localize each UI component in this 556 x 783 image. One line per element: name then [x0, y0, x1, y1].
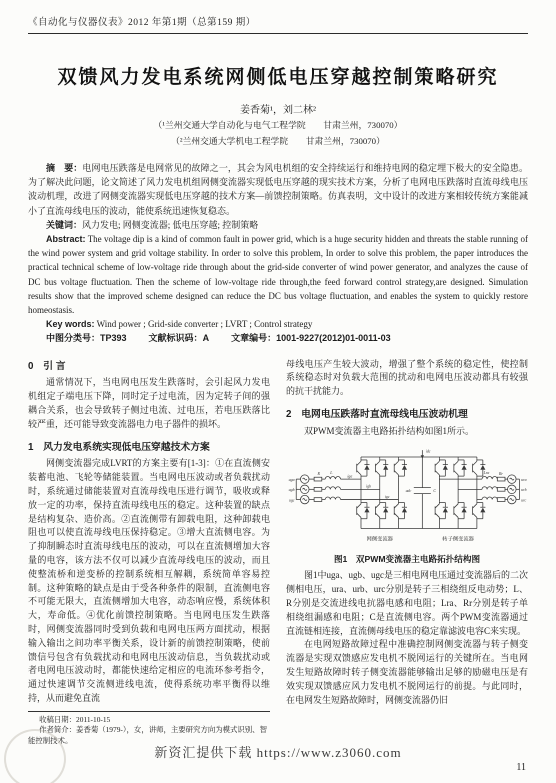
inductor-icon [482, 476, 497, 479]
igbt-switch-icon [357, 458, 370, 477]
affiliation-2: （²兰州交通大学机电工程学院 甘肃兰州，730070） [28, 135, 528, 148]
resistor-icon [497, 497, 505, 501]
section-1-paragraph: 网侧变流器完成LVRT的方案主要有[1-3]：①在直流侧安装蓄电池、飞轮等储能装… [28, 457, 270, 705]
footnote-received-date: 收稿日期：2011-10-15 [28, 715, 270, 726]
current-label: iga [347, 474, 352, 478]
cap-label: C [433, 489, 436, 493]
section-2-paragraph: 双PWM变流器主电路拓扑结构如图1所示。 [286, 425, 528, 439]
rotor-side-bridge [435, 457, 485, 529]
igbt-switch-icon [454, 501, 467, 520]
phase-label: ura [521, 477, 526, 481]
dc-link-capacitor-icon [414, 450, 431, 528]
section-1-heading: 1 风力发电系统实现低电压穿越技术方案 [28, 441, 270, 455]
rotor-side-converter-label: 转子侧变流器 [442, 534, 474, 542]
resistor-icon [314, 477, 322, 481]
rotor-phase-c [477, 495, 520, 504]
resistor-icon [314, 497, 322, 501]
keywords-en: Key words: Wind power ; Grid-side conver… [28, 317, 528, 331]
article-id-label: 文章编号： [231, 333, 276, 343]
section-0-heading: 0 引 言 [28, 360, 270, 374]
abstract-en: Abstract: The voltage dip is a kind of c… [28, 232, 528, 317]
doc-code-value: A [203, 333, 210, 343]
idc-label: idc [426, 449, 431, 453]
resistor-icon [497, 487, 505, 491]
igbt-switch-icon [375, 458, 388, 477]
phase-label: uga [289, 477, 295, 481]
keywords-en-label: Key words: [46, 319, 95, 329]
udc-label: udc [406, 489, 412, 493]
abstract-en-label: Abstract: [46, 234, 86, 244]
inductor-icon [325, 486, 340, 489]
igbt-switch-icon [473, 501, 486, 520]
rotor-phase-b [458, 485, 519, 494]
igbt-switch-icon [435, 501, 448, 520]
phase-label: ugc [289, 498, 295, 502]
grid-side-bridge [357, 457, 407, 529]
article-id-value: 1001-9227(2012)01-0011-03 [276, 333, 391, 343]
authors-line: 姜香菊¹，刘二林² [28, 101, 528, 116]
keywords-en-text: Wind power ; Grid-side converter ; LVRT … [97, 319, 313, 329]
footnote-block: 收稿日期：2011-10-15 作者简介：姜香菊（1979-），女，讲师，主要研… [28, 711, 270, 747]
column-right: 母线电压产生较大波动，增强了整个系统的稳定性，使控制系统稳态时对负载大范围的扰动… [286, 358, 528, 747]
current-label: igb [366, 484, 371, 488]
column-left: 0 引 言 通常情况下，当电网电压发生跌落时，会引起风力发电机组定子端电压下降，… [28, 358, 270, 747]
abstract-en-text: The voltage dip is a kind of common faul… [28, 234, 528, 315]
igbt-switch-icon [357, 501, 370, 520]
abstract-cn: 摘 要：电网电压跌落是电网常见的故障之一，其会为风电机组的安全持续运行和维持电网… [28, 161, 528, 218]
rr-label: Rr [498, 471, 503, 475]
keywords-cn-label: 关键词： [46, 220, 82, 230]
igbt-switch-icon [454, 458, 467, 477]
figure-1: idc udc C [286, 443, 528, 567]
abstract-cn-text: 电网电压跌落是电网常见的故障之一，其会为风电机组的安全持续运行和维持电网的稳定埋… [28, 163, 528, 216]
r-label: R [317, 471, 321, 475]
continuation-paragraph: 母线电压产生较大波动，增强了整个系统的稳定性，使控制系统稳态时对负载大范围的扰动… [286, 358, 528, 399]
current-label: igc [385, 494, 390, 498]
circuit-diagram-svg: idc udc C [286, 443, 528, 551]
inductor-icon [482, 486, 497, 489]
inductor-icon [325, 476, 340, 479]
journal-header: 《自动化与仪器仪表》2012 年第1期（总第159 期） [28, 14, 528, 28]
figure-caption: 图1 双PWM变流器主电路拓扑结构图 [286, 553, 528, 567]
abstract-block: 摘 要：电网电压跌落是电网常见的故障之一，其会为风电机组的安全持续运行和维持电网… [28, 161, 528, 346]
keywords-cn: 关键词：风力发电; 网侧变流器; 低电压穿越; 控制策略 [28, 218, 528, 232]
section-2-heading: 2 电网电压跌落时直流母线电压波动机理 [286, 408, 528, 422]
grid-side-converter-label: 网侧变流器 [367, 534, 394, 542]
meta-row: 中图分类号：TP393文献标识码：A文章编号：1001-9227(2012)01… [28, 331, 528, 345]
doc-code-label: 文献标识码： [149, 333, 203, 343]
section-0-paragraph: 通常情况下，当电网电压发生跌落时，会引起风力发电机组定子端电压下降，同时定子过电… [28, 376, 270, 431]
clc-label: 中图分类号： [46, 333, 100, 343]
header-rule [28, 33, 528, 34]
inductor-icon [325, 497, 340, 500]
keywords-cn-text: 风力发电; 网侧变流器; 低电压穿越; 控制策略 [82, 220, 258, 230]
body-columns: 0 引 言 通常情况下，当电网电压发生跌落时，会引起风力发电机组定子端电压下降，… [28, 358, 528, 747]
abstract-cn-label: 摘 要： [46, 163, 82, 173]
igbt-switch-icon [394, 458, 407, 477]
phase-label: urc [521, 498, 526, 502]
inductor-icon [482, 497, 497, 500]
lr-label: Lra [483, 471, 490, 475]
final-paragraph: 在电网短路故障过程中准确控制网侧变流器与转子侧变流器是实现双馈感应发电机不脱网运… [286, 638, 528, 707]
phase-label: urb [521, 488, 526, 492]
footer-download-text: 新资汇提供下载 https://www.z3060.com [0, 742, 556, 761]
phase-label: ugb [289, 488, 295, 492]
igbt-switch-icon [394, 501, 407, 520]
resistor-icon [497, 477, 505, 481]
scanned-paper-page: 《自动化与仪器仪表》2012 年第1期（总第159 期） 双馈风力发电系统网侧低… [0, 0, 556, 783]
clc-value: TP393 [100, 333, 127, 343]
l-label: L [329, 471, 332, 475]
affiliation-1: （¹兰州交通大学自动化与电气工程学院 甘肃兰州，730070） [28, 119, 528, 132]
paper-title: 双馈风力发电系统网侧低电压穿越控制策略研究 [28, 62, 528, 89]
page-number: 11 [516, 762, 526, 773]
paragraph-after-figure: 图1中uga、ugb、ugc是三相电网电压通过变流器后的二次侧相电压，ura、u… [286, 569, 528, 638]
igbt-switch-icon [375, 501, 388, 520]
resistor-icon [314, 487, 322, 491]
igbt-switch-icon [435, 458, 448, 477]
